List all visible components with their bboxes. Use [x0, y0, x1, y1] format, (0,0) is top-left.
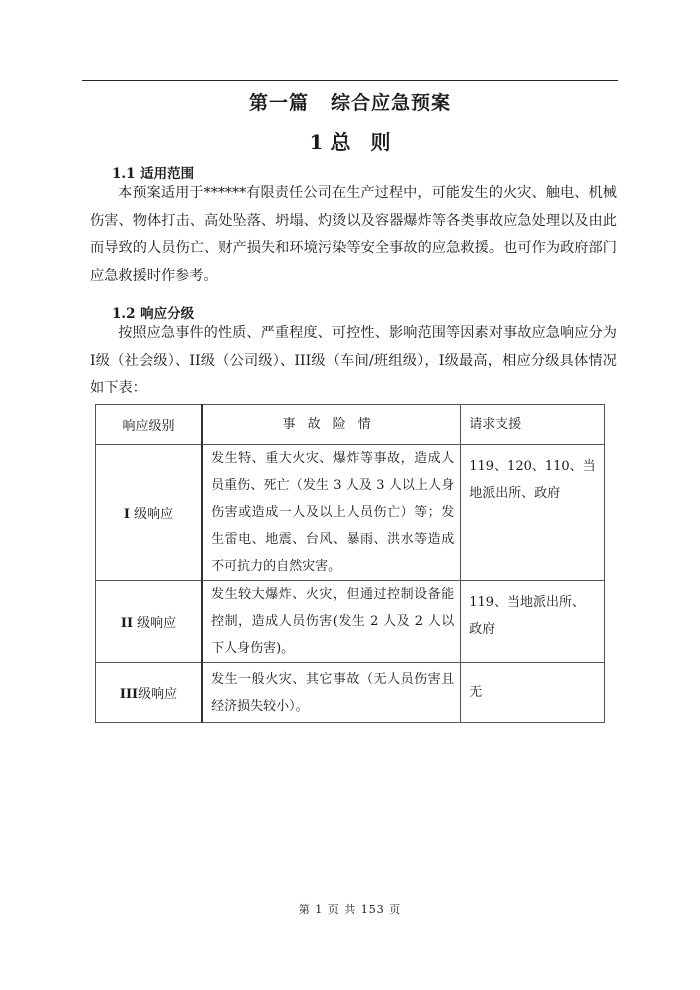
level-cell: I 级响应 — [96, 445, 203, 581]
chapter-title-b: 则 — [370, 130, 390, 154]
chapter-title: 1 总则 — [0, 126, 700, 155]
table-header-row: 响应级别 事故险情 请求支援 — [96, 405, 605, 445]
part-title: 第一篇综合应急预案 — [0, 88, 700, 115]
section-body-1-1-text: 本预案适用于******有限责任公司在生产过程中，可能发生的火灾、触电、机械伤害… — [90, 185, 617, 284]
header-support: 请求支援 — [461, 405, 605, 445]
situation-cell: 发生较大爆炸、火灾，但通过控制设备能控制，造成人员伤害(发生 2 人及 2 人以… — [202, 581, 461, 663]
header-rule — [82, 80, 618, 81]
table-row: II 级响应 发生较大爆炸、火灾，但通过控制设备能控制，造成人员伤害(发生 2 … — [96, 581, 605, 663]
part-number: 第一篇 — [249, 92, 309, 114]
level-cell: III级响应 — [96, 663, 203, 723]
support-cell: 119、120、110、当地派出所、政府 — [461, 445, 605, 581]
header-level: 响应级别 — [96, 405, 203, 445]
level-cell: II 级响应 — [96, 581, 203, 663]
section-heading-1-1: 1.1 适用范围 — [112, 162, 194, 182]
section-body-1-2-text: 按照应急事件的性质、严重程度、可控性、影响范围等因素对事故应急响应分为I级（社会… — [90, 325, 617, 396]
section-body-1-2: 按照应急事件的性质、严重程度、可控性、影响范围等因素对事故应急响应分为I级（社会… — [90, 320, 617, 403]
situation-cell: 发生一般火灾、其它事故（无人员伤害且经济损失较小）。 — [202, 663, 461, 723]
support-cell: 无 — [461, 663, 605, 723]
situation-cell: 发生特、重大火灾、爆炸等事故，造成人员重伤、死亡（发生 3 人及 3 人以上人身… — [202, 445, 461, 581]
section-body-1-1: 本预案适用于******有限责任公司在生产过程中，可能发生的火灾、触电、机械伤害… — [90, 180, 617, 290]
table-row: III级响应 发生一般火灾、其它事故（无人员伤害且经济损失较小）。 无 — [96, 663, 605, 723]
part-name: 综合应急预案 — [331, 92, 451, 114]
page-number: 第 1 页 共 153 页 — [0, 901, 700, 917]
header-situation: 事故险情 — [202, 405, 461, 445]
chapter-title-a: 总 — [330, 130, 350, 154]
support-cell: 119、当地派出所、政府 — [461, 581, 605, 663]
chapter-number: 1 — [310, 130, 324, 154]
table-row: I 级响应 发生特、重大火灾、爆炸等事故，造成人员重伤、死亡（发生 3 人及 3… — [96, 445, 605, 581]
response-level-table: 响应级别 事故险情 请求支援 I 级响应 发生特、重大火灾、爆炸等事故，造成人员… — [95, 404, 605, 723]
section-heading-1-2: 1.2 响应分级 — [112, 302, 194, 322]
